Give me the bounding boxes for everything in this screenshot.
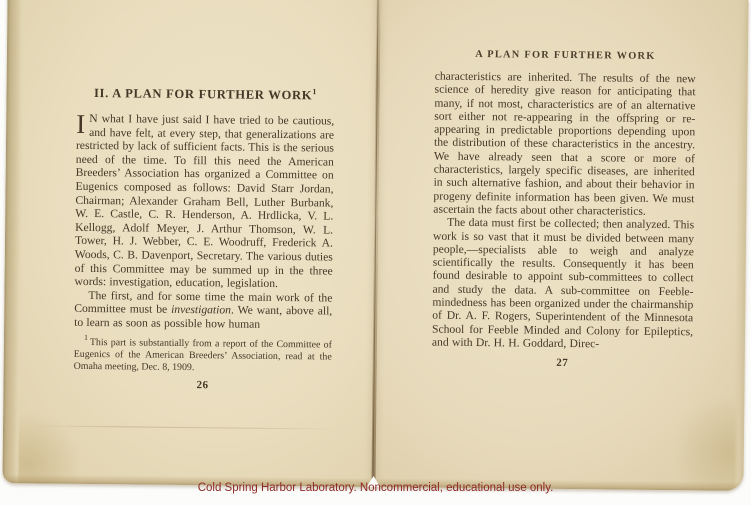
left-page-paragraph-1: IN what I have just said I have tried to… [74,112,334,291]
chapter-heading-text: II. A PLAN FOR FURTHER WORK [94,86,312,102]
left-page-paragraph-1-text: N what I have just said I have tried to … [74,112,334,290]
copyright-caption: Cold Spring Harbor Laboratory. Noncommer… [0,482,751,494]
right-page-text-column: A PLAN FOR FURTHER WORK characteristics … [432,49,696,371]
right-page-paragraph-1: characteristics are inherited. The resul… [433,70,696,219]
running-header: A PLAN FOR FURTHER WORK [435,49,696,63]
chapter-heading-footnote-mark: 1 [312,87,317,96]
chapter-heading: II. A PLAN FOR FURTHER WORK1 [76,86,334,104]
left-page-paragraph-2-italic: investigation [171,303,231,317]
book-scan: II. A PLAN FOR FURTHER WORK1 IN what I h… [2,0,748,491]
footnote-text: This part is substantially from a report… [74,337,332,374]
footnote-mark: 1 [84,333,88,342]
left-page-text-column: II. A PLAN FOR FURTHER WORK1 IN what I h… [73,86,334,393]
left-page-paragraph-2: The first, and for some time the main wo… [74,289,332,332]
drop-cap-initial: I [76,112,89,136]
right-page-paragraph-2: The data must first be collected; then a… [432,216,694,352]
left-page-footnote: 1This part is substantially from a repor… [74,336,332,376]
